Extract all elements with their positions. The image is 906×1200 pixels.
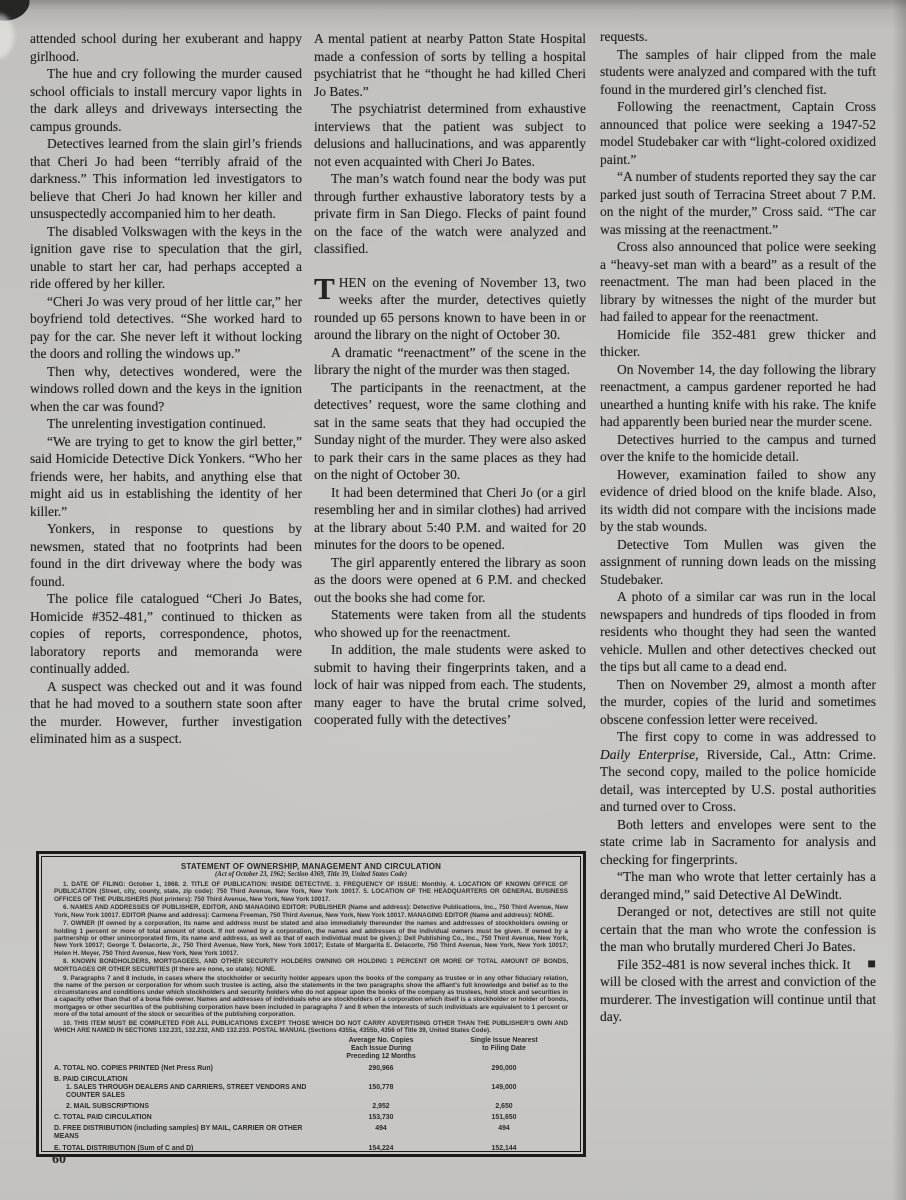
- row-label: A. TOTAL NO. COPIES PRINTED (Net Press R…: [54, 1065, 322, 1073]
- statement-item: 9. Paragraphs 7 and 8 include, in cases …: [54, 975, 568, 1019]
- table-row: 1. SALES THROUGH DEALERS AND CARRIERS, S…: [54, 1084, 568, 1100]
- row-value-1: 2,952: [322, 1103, 440, 1111]
- article-paragraph: The samples of hair clipped from the mal…: [600, 46, 876, 99]
- article-paragraph: On November 14, the day following the li…: [600, 361, 876, 431]
- article-paragraph: A photo of a similar car was run in the …: [600, 588, 876, 676]
- article-paragraph: The participants in the reenactment, at …: [314, 379, 586, 484]
- statement-item: 7. OWNER (If owned by a corporation, its…: [54, 920, 568, 956]
- article-paragraph: attended school during her exuberant and…: [30, 30, 302, 65]
- row-label: D. FREE DISTRIBUTION (including samples)…: [54, 1125, 322, 1141]
- article-paragraph: A mental patient at nearby Patton State …: [314, 30, 586, 100]
- article-paragraph: The man’s watch found near the body was …: [314, 170, 586, 258]
- ownership-statement-inner: STATEMENT OF OWNERSHIP, MANAGEMENT AND C…: [41, 856, 581, 1152]
- article-paragraph: Following the reenactment, Captain Cross…: [600, 98, 876, 168]
- table-row: E. TOTAL DISTRIBUTION (Sum of C and D)15…: [54, 1145, 568, 1152]
- statement-item: 8. KNOWN BONDHOLDERS, MORTGAGEES, AND OT…: [54, 958, 568, 973]
- table-row: C. TOTAL PAID CIRCULATION153,730151,650: [54, 1114, 568, 1122]
- row-value-2: 149,000: [440, 1084, 568, 1100]
- circulation-table: Average No. Copies Each Issue During Pre…: [54, 1037, 568, 1152]
- article-paragraph: The first copy to come in was addressed …: [600, 728, 876, 816]
- article-paragraph: Then on November 29, almost a month afte…: [600, 676, 876, 729]
- drop-cap: T: [314, 274, 339, 302]
- article-paragraph-dropcap: THEN on the evening of November 13, two …: [314, 274, 586, 344]
- circulation-table-header: Average No. Copies Each Issue During Pre…: [54, 1037, 568, 1061]
- statement-item: 10. THIS ITEM MUST BE COMPLETED FOR ALL …: [54, 1020, 568, 1035]
- column-header-single-issue: Single Issue Nearest to Filing Date: [440, 1037, 568, 1061]
- article-paragraph: The police file catalogued “Cheri Jo Bat…: [30, 590, 302, 678]
- row-value-1: 290,966: [322, 1065, 440, 1073]
- article-paragraph: “A number of students reported they say …: [600, 168, 876, 238]
- row-value-1: 150,778: [322, 1084, 440, 1100]
- statement-items: 1. DATE OF FILING: October 1, 1968. 2. T…: [54, 881, 568, 1034]
- row-label: E. TOTAL DISTRIBUTION (Sum of C and D): [54, 1145, 322, 1152]
- row-value-1: 154,224: [322, 1145, 440, 1152]
- article-paragraph: A dramatic “reenactment” of the scene in…: [314, 344, 586, 379]
- article-paragraph: Yonkers, in response to questions by new…: [30, 520, 302, 590]
- article-column-3: requests. The samples of hair clipped fr…: [600, 28, 876, 1194]
- paragraph-text: HEN on the evening of November 13, two w…: [314, 275, 586, 343]
- article-paragraph: Both letters and envelopes were sent to …: [600, 816, 876, 869]
- article-paragraph: “Cheri Jo was very proud of her little c…: [30, 293, 302, 363]
- article-paragraph: The unrelenting investigation continued.: [30, 415, 302, 433]
- article-paragraph: It had been determined that Cheri Jo (or…: [314, 484, 586, 554]
- article-paragraph: “The man who wrote that letter certainly…: [600, 868, 876, 903]
- article-paragraph: “We are trying to get to know the girl b…: [30, 433, 302, 521]
- row-label: C. TOTAL PAID CIRCULATION: [54, 1114, 322, 1122]
- ownership-statement-box: STATEMENT OF OWNERSHIP, MANAGEMENT AND C…: [36, 851, 586, 1157]
- article-paragraph: In addition, the male students were aske…: [314, 641, 586, 729]
- article-paragraph: Detective Tom Mullen was given the assig…: [600, 536, 876, 589]
- row-value-2: 151,650: [440, 1114, 568, 1122]
- row-value-2: 290,000: [440, 1065, 568, 1073]
- article-paragraph: requests.: [600, 28, 876, 46]
- article-paragraph: Then why, detectives wondered, were the …: [30, 363, 302, 416]
- article-column-2: A mental patient at nearby Patton State …: [314, 30, 586, 850]
- article-paragraph: Statements were taken from all the stude…: [314, 606, 586, 641]
- article-paragraph: The girl apparently entered the library …: [314, 554, 586, 607]
- statement-title: STATEMENT OF OWNERSHIP, MANAGEMENT AND C…: [54, 862, 568, 871]
- article-paragraph: The psychiatrist determined from exhaust…: [314, 100, 586, 170]
- article-column-1: attended school during her exuberant and…: [30, 30, 302, 850]
- row-value-1: [322, 1076, 440, 1084]
- row-label: 1. SALES THROUGH DEALERS AND CARRIERS, S…: [54, 1084, 322, 1100]
- article-paragraph: Homicide file 352-481 grew thicker and t…: [600, 326, 876, 361]
- publication-name-italic: Daily Enterprise: [600, 747, 695, 762]
- row-value-2: [440, 1076, 568, 1084]
- article-paragraph: Deranged or not, detectives are still no…: [600, 903, 876, 956]
- row-value-1: 494: [322, 1125, 440, 1141]
- row-value-2: 152,144: [440, 1145, 568, 1152]
- article-paragraph: Cross also announced that police were se…: [600, 238, 876, 326]
- table-row: D. FREE DISTRIBUTION (including samples)…: [54, 1125, 568, 1141]
- page-number: 60: [52, 1152, 66, 1168]
- article-paragraph: Detectives learned from the slain girl’s…: [30, 135, 302, 223]
- table-row: A. TOTAL NO. COPIES PRINTED (Net Press R…: [54, 1065, 568, 1073]
- magazine-page-scan: attended school during her exuberant and…: [0, 0, 906, 1200]
- paragraph-text: File 352-481 is now several inches thick…: [600, 957, 876, 1025]
- statement-subtitle: (Act of October 23, 1962; Section 4369, …: [54, 871, 568, 878]
- column-header-average: Average No. Copies Each Issue During Pre…: [322, 1037, 440, 1061]
- statement-item: 1. DATE OF FILING: October 1, 1968. 2. T…: [54, 881, 568, 903]
- end-of-article-mark: ■: [851, 956, 876, 974]
- row-value-1: 153,730: [322, 1114, 440, 1122]
- article-paragraph: Detectives hurried to the campus and tur…: [600, 431, 876, 466]
- row-value-2: 2,650: [440, 1103, 568, 1111]
- row-value-2: 494: [440, 1125, 568, 1141]
- paragraph-text: The first copy to come in was addressed …: [617, 729, 876, 744]
- table-row: B. PAID CIRCULATION: [54, 1076, 568, 1084]
- article-paragraph: However, examination failed to show any …: [600, 466, 876, 536]
- scan-corner-highlight: [0, 14, 14, 58]
- article-paragraph-last: ■File 352-481 is now several inches thic…: [600, 956, 876, 1026]
- row-label: 2. MAIL SUBSCRIPTIONS: [54, 1103, 322, 1111]
- article-paragraph: A suspect was checked out and it was fou…: [30, 678, 302, 748]
- table-row: 2. MAIL SUBSCRIPTIONS2,9522,650: [54, 1103, 568, 1111]
- article-paragraph: The hue and cry following the murder cau…: [30, 65, 302, 135]
- row-label: B. PAID CIRCULATION: [54, 1076, 322, 1084]
- article-paragraph: The disabled Volkswagen with the keys in…: [30, 223, 302, 293]
- statement-item: 6. NAMES AND ADDRESSES OF PUBLISHER, EDI…: [54, 904, 568, 919]
